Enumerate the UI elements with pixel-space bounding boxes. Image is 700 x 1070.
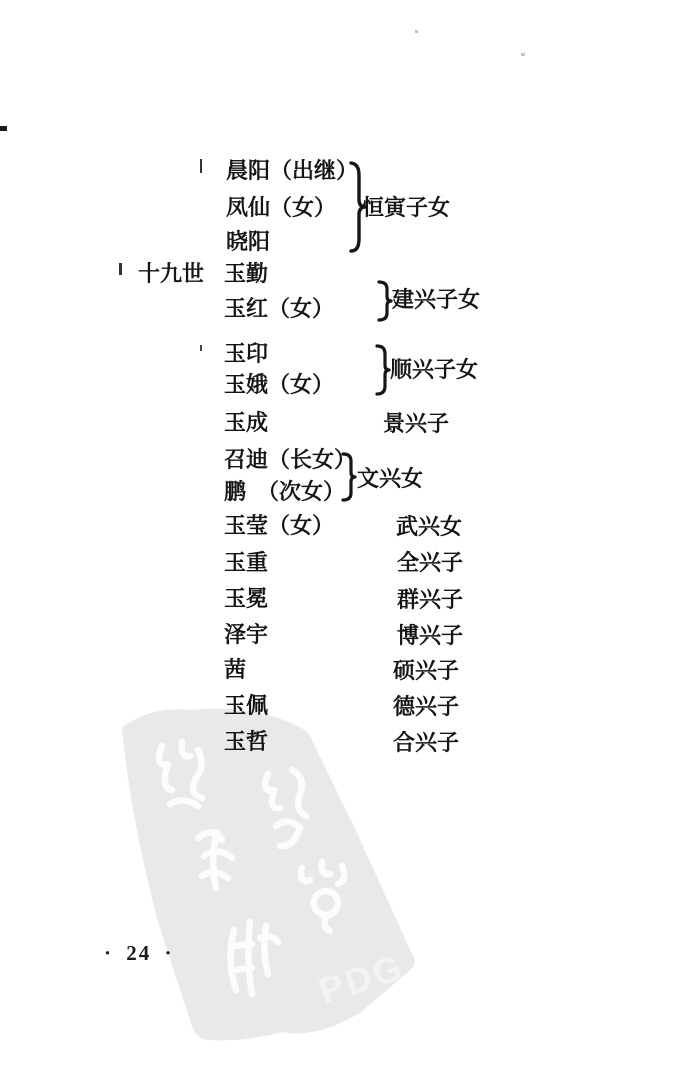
person-name: 玉勤	[224, 262, 268, 285]
scan-artifact	[200, 159, 202, 173]
person-name: 凤仙（女）	[226, 196, 336, 219]
person-name: 玉成	[224, 411, 268, 434]
page-number: · 24 ·	[104, 941, 174, 966]
relation-label: 硕兴子	[393, 659, 459, 682]
person-name: 玉佩	[224, 694, 268, 717]
group-label: 恒寅子女	[362, 196, 450, 219]
group-label: 文兴女	[357, 467, 423, 490]
scan-artifact	[0, 126, 7, 131]
scan-artifact	[119, 263, 122, 275]
person-name: 晨阳（出继）	[226, 159, 358, 182]
person-name: 玉冕	[224, 587, 268, 610]
relation-label: 景兴子	[383, 412, 449, 435]
person-name: 玉莹（女）	[224, 514, 334, 537]
scan-artifact	[200, 345, 202, 351]
person-name: 茜	[224, 658, 246, 681]
relation-label: 武兴女	[396, 515, 462, 538]
person-name: 鹏 （次女）	[224, 480, 345, 503]
relation-label: 德兴子	[393, 695, 459, 718]
person-name: 玉娥（女）	[224, 373, 334, 396]
group-label: 顺兴子女	[390, 358, 478, 381]
group-label: 建兴子女	[392, 288, 480, 311]
person-name: 泽宇	[224, 623, 268, 646]
person-name: 晓阳	[226, 230, 270, 253]
person-name: 玉哲	[224, 730, 268, 753]
scan-speck	[415, 30, 418, 33]
relation-label: 群兴子	[397, 588, 463, 611]
scanned-genealogy-page: PDG 十九世 晨阳（出继） 凤仙（女） 晓阳 恒寅子女 玉勤 玉红（女） 建兴…	[0, 0, 700, 1070]
generation-label: 十九世	[138, 262, 204, 285]
person-name: 召迪（长女）	[224, 448, 356, 471]
relation-label: 博兴子	[397, 624, 463, 647]
person-name: 玉印	[224, 342, 268, 365]
person-name: 玉重	[224, 551, 268, 574]
relation-label: 全兴子	[397, 551, 463, 574]
relation-label: 合兴子	[393, 731, 459, 754]
scan-speck	[521, 53, 525, 56]
pdg-watermark: PDG	[110, 698, 430, 1058]
person-name: 玉红（女）	[224, 297, 334, 320]
